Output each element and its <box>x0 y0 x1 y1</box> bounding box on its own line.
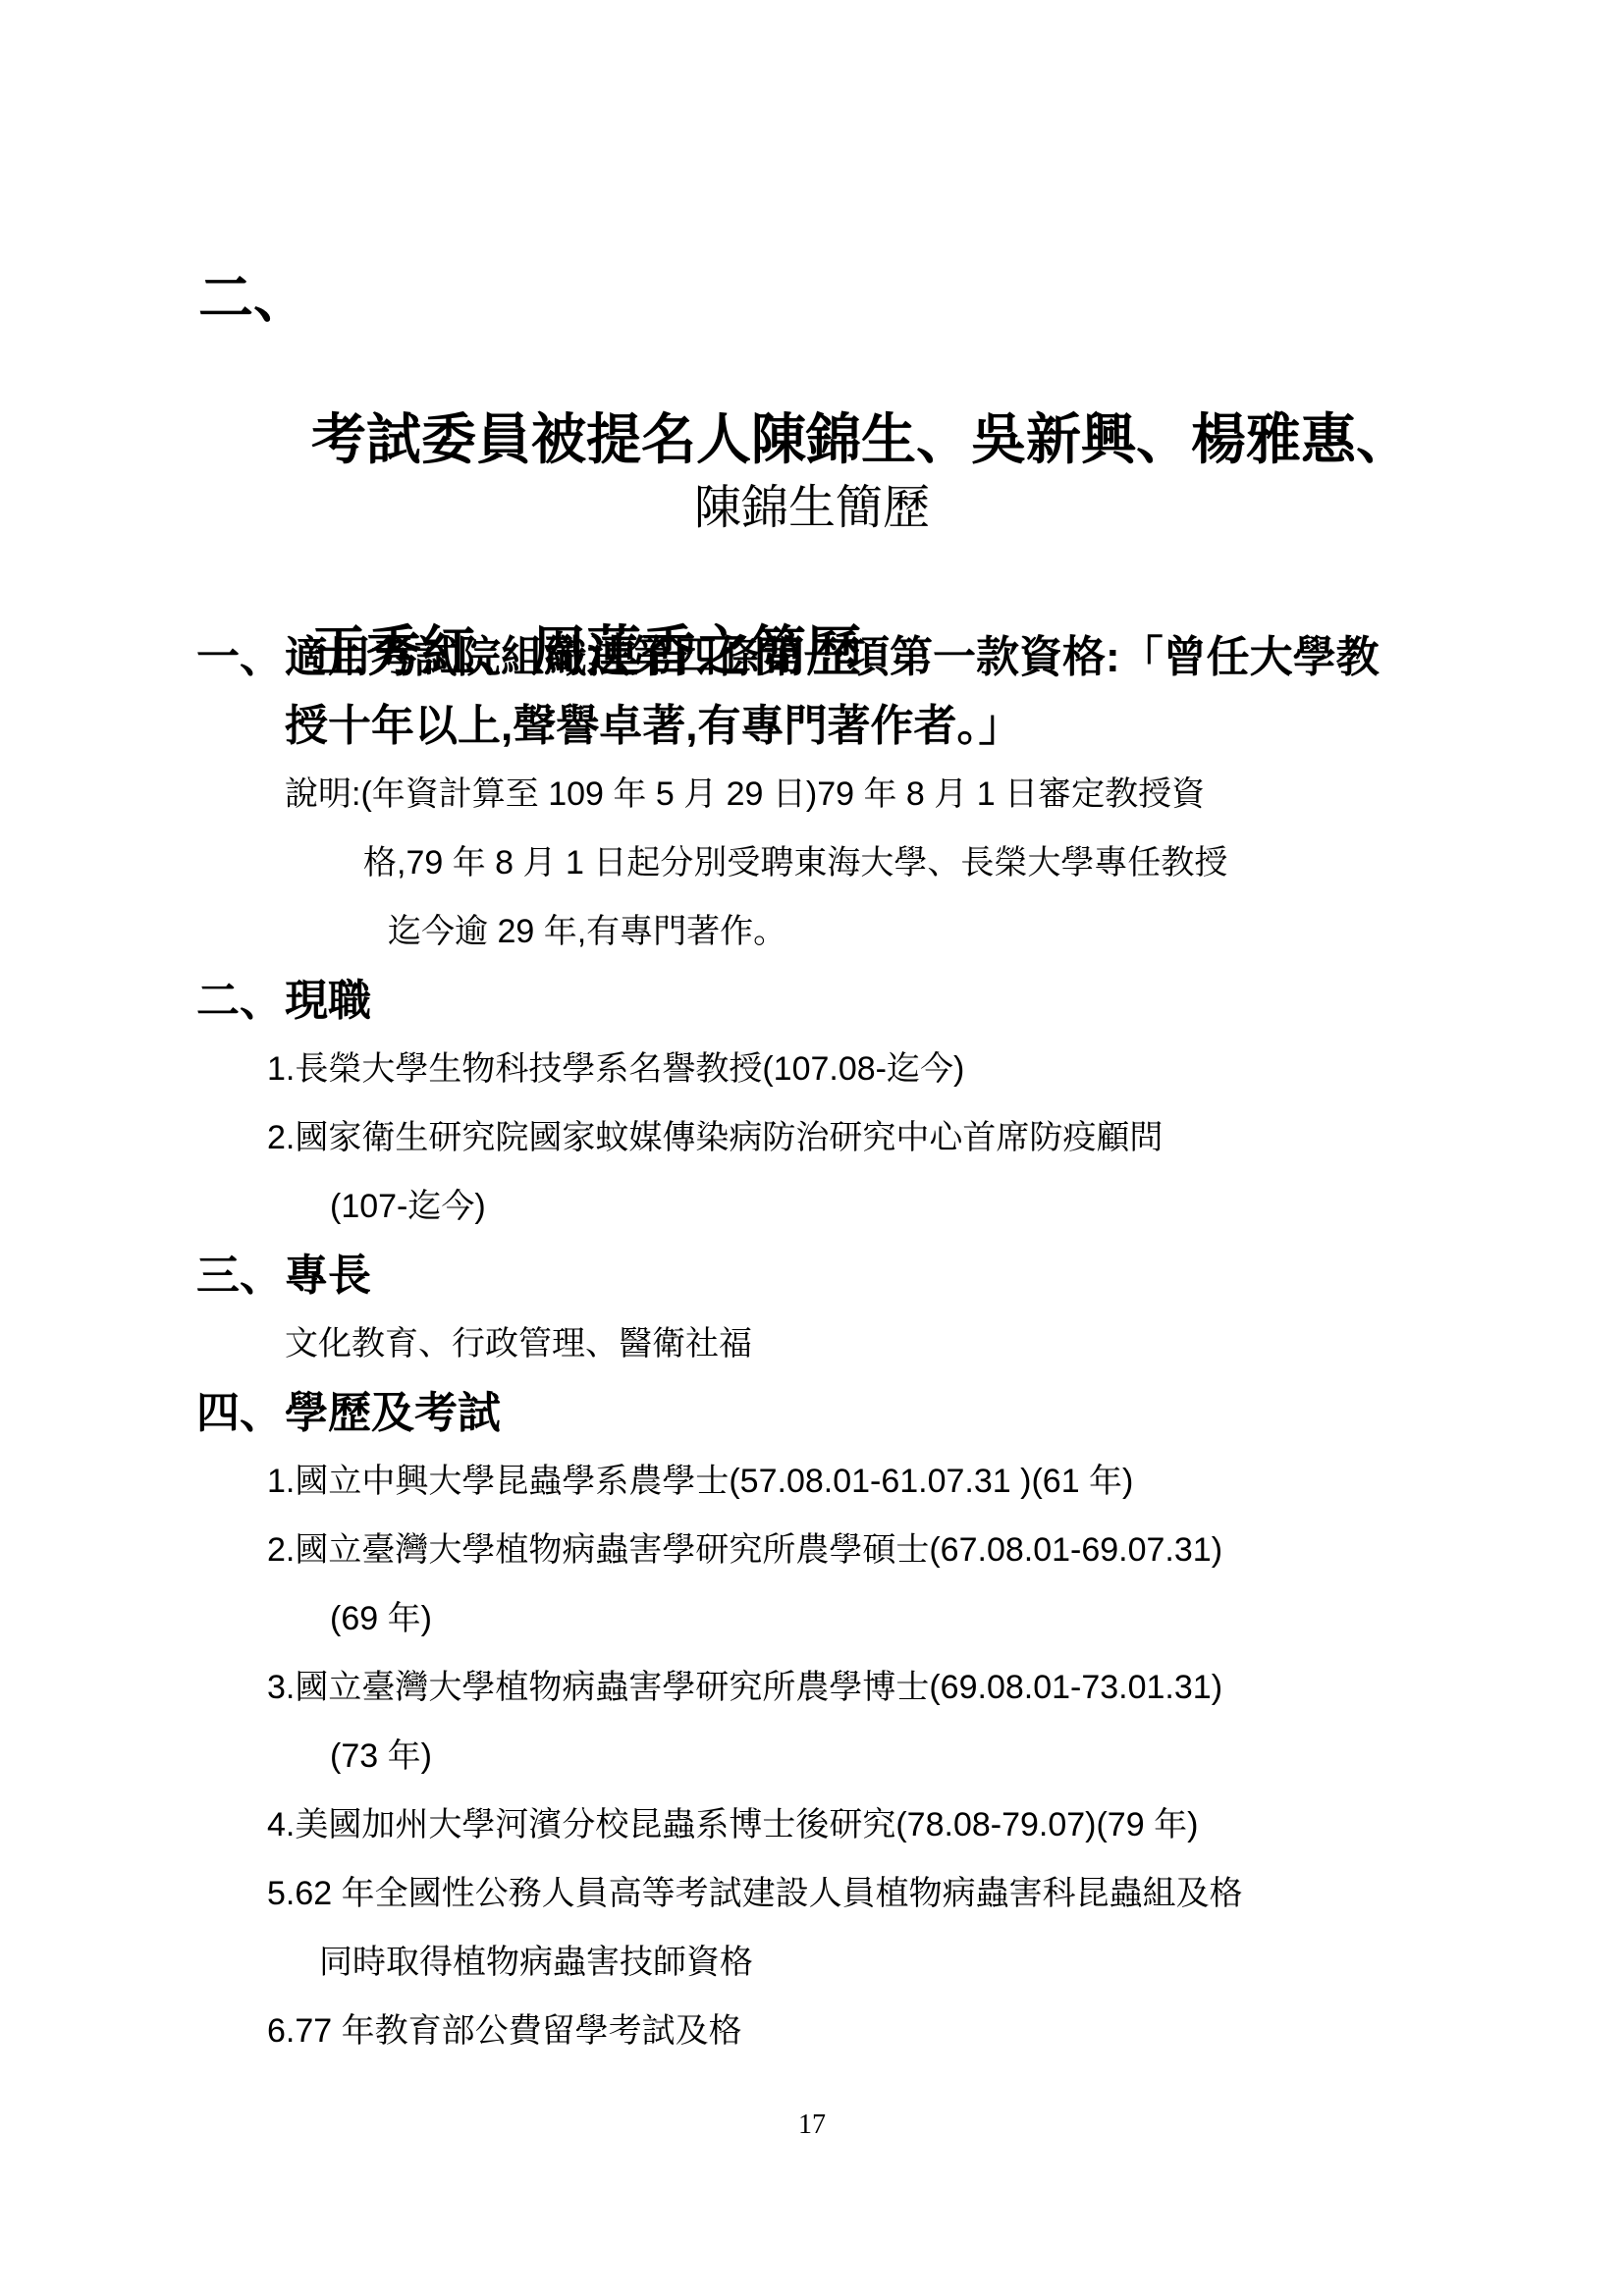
education-item-3-line-1: 3.國立臺灣大學植物病蟲害學研究所農學博士(69.08.01-73.01.31) <box>0 1649 1624 1718</box>
education-item-5-line-2: 同時取得植物病蟲害技師資格 <box>0 1924 1624 1993</box>
section-3-heading: 三、 專長 <box>0 1237 1624 1306</box>
education-item-2-line-1: 2.國立臺灣大學植物病蟲害學研究所農學碩士(67.08.01-69.07.31) <box>0 1512 1624 1580</box>
section-1-number: 一、 <box>196 621 285 684</box>
section-4-title: 學歷及考試 <box>285 1377 501 1440</box>
section-1-note-line-2: 格,79 年 8 月 1 日起分別受聘東海大學、長榮大學專任教授 <box>0 825 1624 893</box>
section-1-heading: 一、 適用考試院組織法第四條第一項第一款資格:「曾任大學教 <box>0 618 1624 687</box>
education-item-5-line-1: 5.62 年全國性公務人員高等考試建設人員植物病蟲害科昆蟲組及格 <box>0 1855 1624 1924</box>
section-2-title: 現職 <box>285 965 371 1028</box>
education-item-3-line-2: (73 年) <box>0 1718 1624 1787</box>
doc-title-line-1: 考試委員被提名人陳錦生、吳新興、楊雅惠、 <box>311 404 1411 475</box>
section-3-number: 三、 <box>196 1240 285 1303</box>
section-2-heading: 二、 現職 <box>0 962 1624 1031</box>
section-1-title-line-1: 適用考試院組織法第四條第一項第一款資格:「曾任大學教 <box>285 621 1380 684</box>
section-1-note-line-1: 說明:(年資計算至 109 年 5 月 29 日)79 年 8 月 1 日審定教… <box>0 756 1624 825</box>
education-item-2-line-2: (69 年) <box>0 1580 1624 1649</box>
section-2-number: 二、 <box>196 965 285 1028</box>
education-item-6: 6.77 年教育部公費留學考試及格 <box>0 1993 1624 2061</box>
document-body: 一、 適用考試院組織法第四條第一項第一款資格:「曾任大學教 授十年以上,聲譽卓著… <box>0 618 1624 2061</box>
section-1-note-line-3: 迄今逾 29 年,有專門著作。 <box>0 893 1624 962</box>
section-3-title: 專長 <box>285 1240 371 1303</box>
document-page: 二、 考試委員被提名人陳錦生、吳新興、楊雅惠、 王秀紅、周蓮香之簡歷 陳錦生簡歷… <box>0 0 1624 2296</box>
section-1-title-line-2: 授十年以上,聲譽卓著,有專門著作者。」 <box>0 687 1624 756</box>
specialty-content: 文化教育、行政管理、醫衛社福 <box>0 1306 1624 1374</box>
page-number: 17 <box>0 2109 1624 2142</box>
education-item-4: 4.美國加州大學河濱分校昆蟲系博士後研究(78.08-79.07)(79 年) <box>0 1787 1624 1855</box>
current-post-item-2-line-2: (107-迄今) <box>0 1168 1624 1237</box>
education-item-1: 1.國立中興大學昆蟲學系農學士(57.08.01-61.07.31 )(61 年… <box>0 1443 1624 1512</box>
section-4-heading: 四、 學歷及考試 <box>0 1374 1624 1443</box>
section-4-number: 四、 <box>196 1377 285 1440</box>
current-post-item-1: 1.長榮大學生物科技學系名譽教授(107.08-迄今) <box>0 1031 1624 1099</box>
resume-subtitle: 陳錦生簡歷 <box>0 479 1624 538</box>
current-post-item-2-line-1: 2.國家衛生研究院國家蚊媒傳染病防治研究中心首席防疫顧問 <box>0 1099 1624 1168</box>
